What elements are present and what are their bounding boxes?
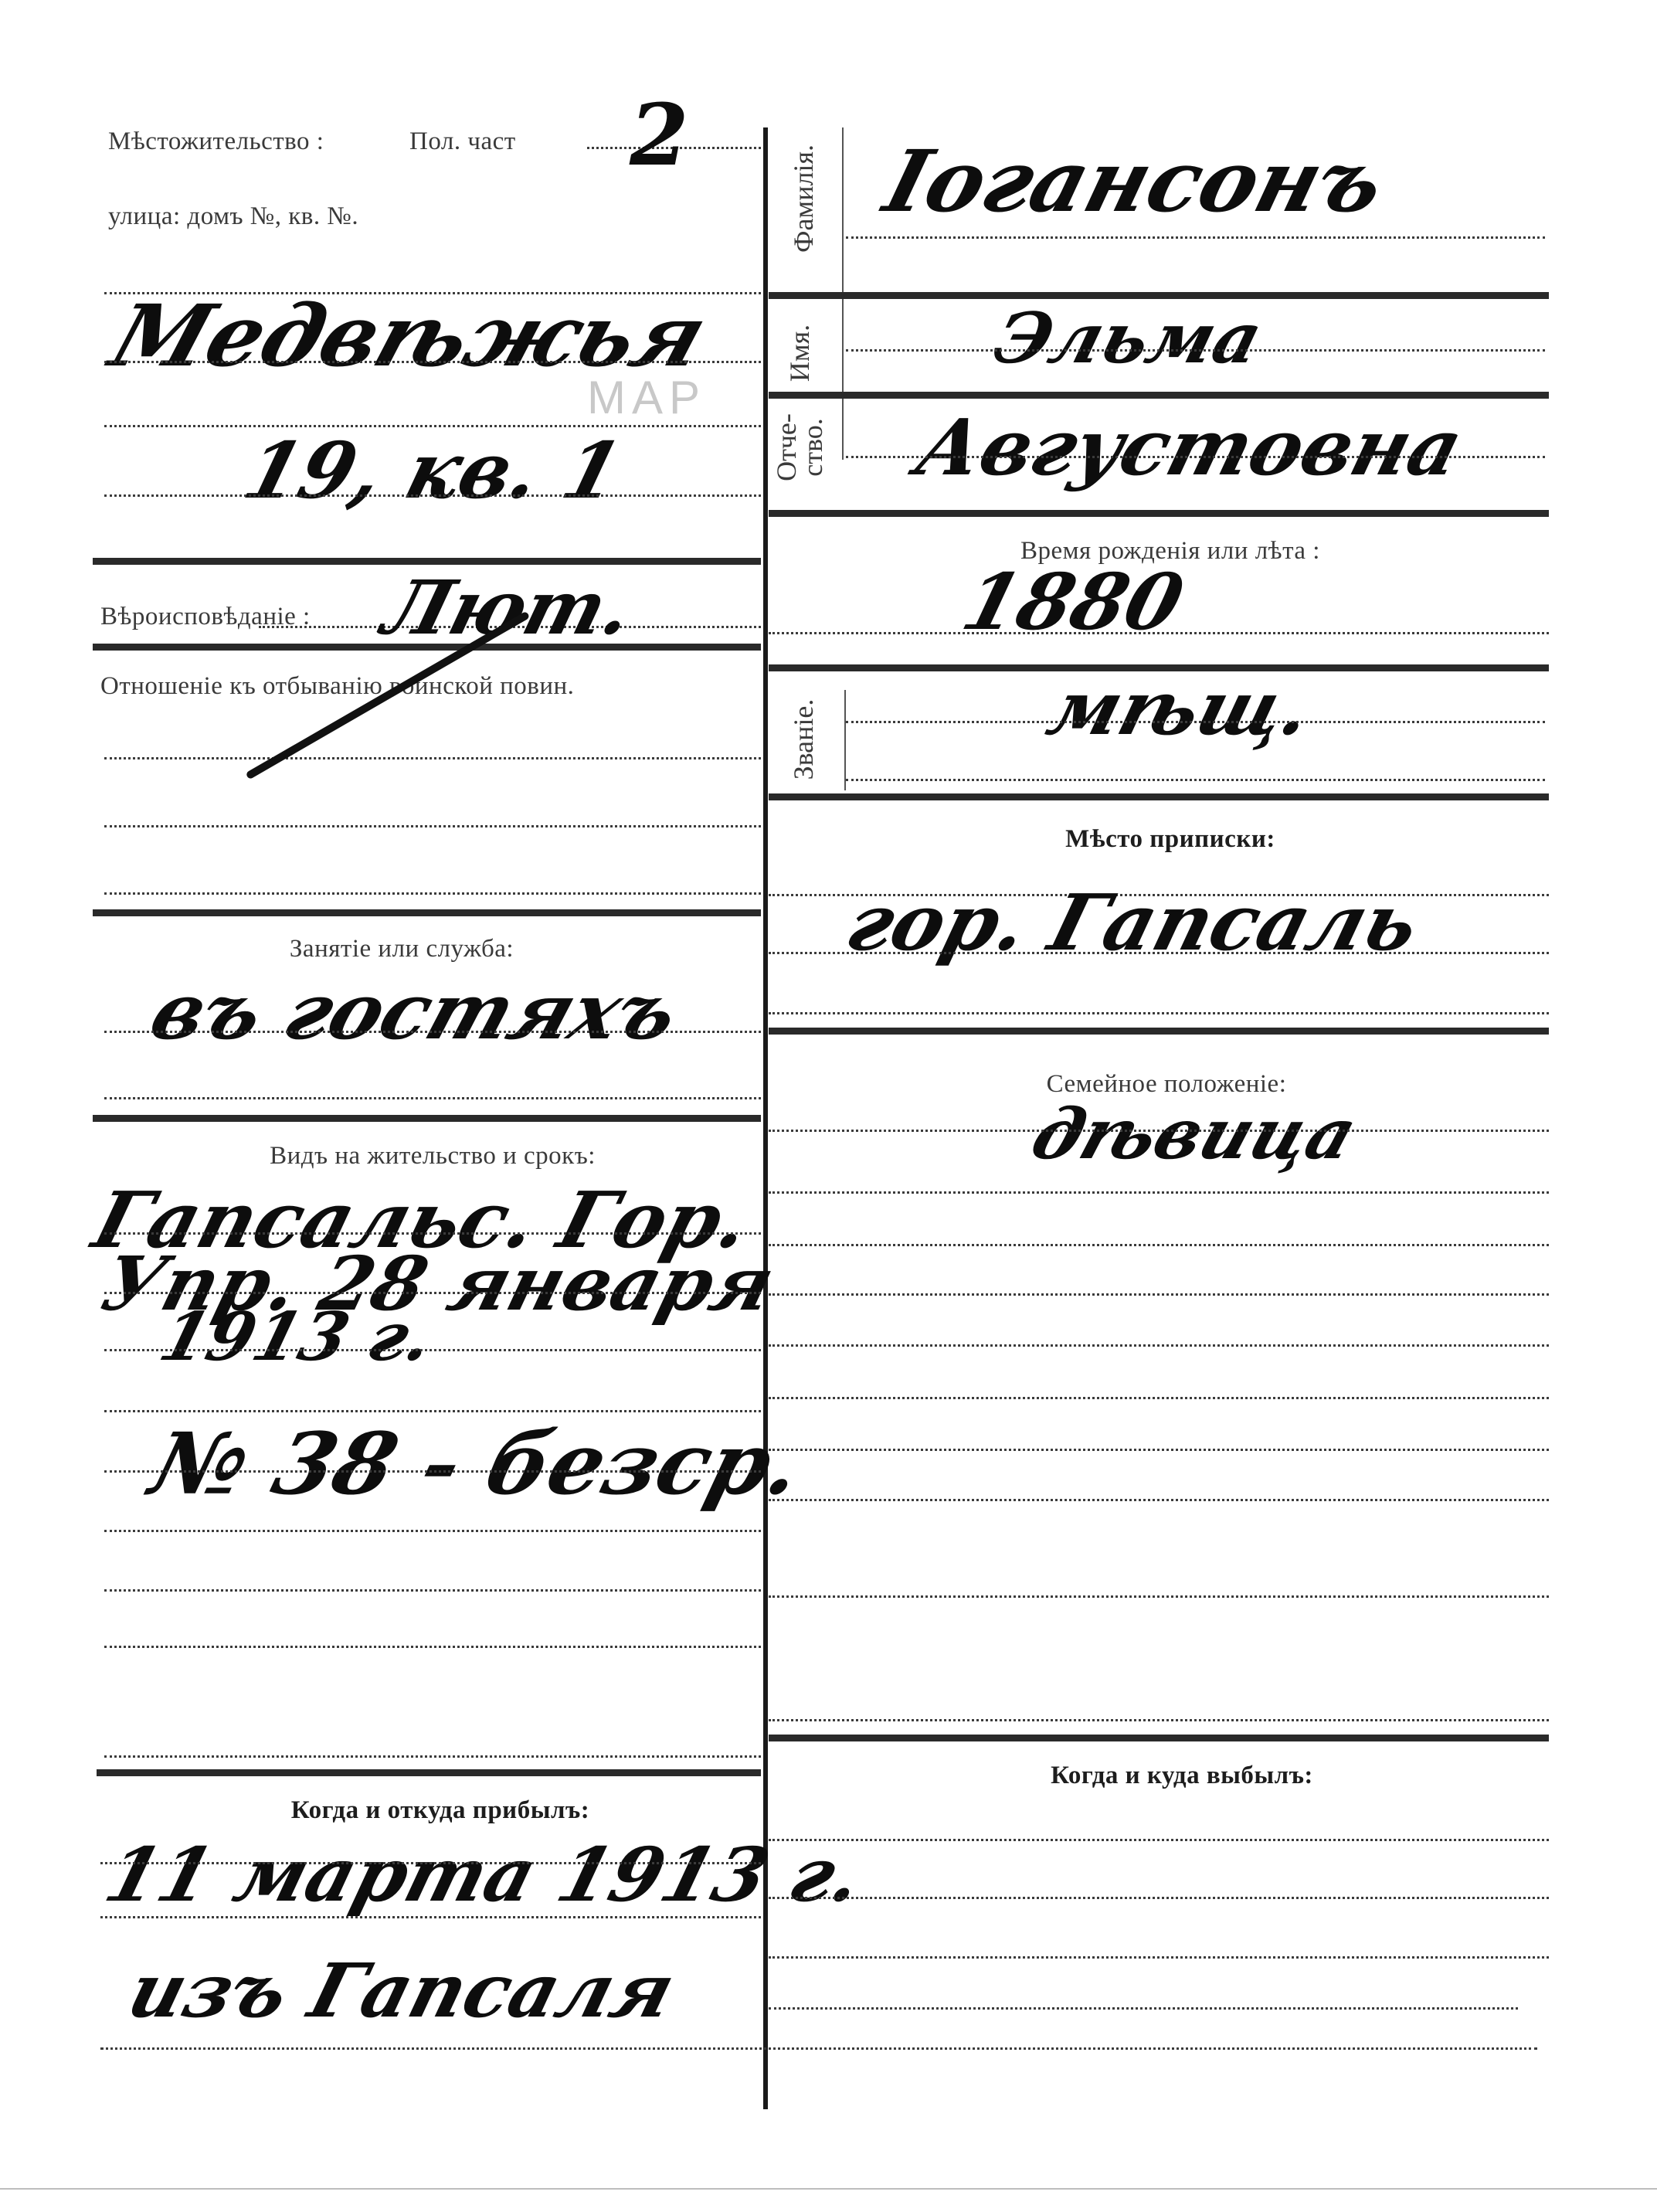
departure-line-4 — [769, 2007, 1518, 2010]
residence-label: Мѣстожительство : — [108, 127, 324, 156]
residence-line-4 — [104, 494, 761, 497]
permit-rule-4 — [104, 1410, 761, 1412]
military-line-1 — [104, 757, 761, 759]
residence-line-2 — [104, 361, 761, 363]
patronymic-line — [846, 456, 1545, 458]
marital-line-7 — [769, 1449, 1549, 1451]
arrival-rule-1 — [100, 1862, 761, 1864]
departure-line-1 — [769, 1839, 1549, 1841]
label-strip-divider — [844, 690, 846, 790]
paper-edge — [0, 2188, 1657, 2190]
departure-line-2 — [769, 1897, 1549, 1899]
surname-value: Іогансонъ — [875, 131, 1395, 231]
registration-place-value: гор. Гапсаль — [837, 877, 1429, 968]
permit-line-4: № 38 - безср. — [141, 1414, 813, 1514]
occupation-line-2 — [104, 1097, 761, 1099]
occupation-line-1 — [104, 1031, 761, 1033]
marital-status-value: дѣвица — [1022, 1093, 1367, 1175]
religion-value: Лют. — [375, 564, 642, 651]
permit-rule-2 — [104, 1292, 761, 1294]
permit-rule-7 — [104, 1589, 761, 1592]
patronymic-label: Отче- ство. — [773, 405, 826, 490]
arrival-label: Когда и откуда прибылъ: — [291, 1796, 589, 1825]
permit-rule-5 — [104, 1470, 761, 1473]
street-label: улица: домъ №, кв. №. — [108, 202, 358, 231]
patronymic-label-line-1: Отче- — [773, 405, 800, 490]
marital-line-2 — [769, 1191, 1549, 1194]
section-divider — [769, 1028, 1549, 1035]
permit-rule-9 — [104, 1755, 761, 1758]
marital-line-10 — [769, 1719, 1549, 1721]
residence-permit-label: Видъ на жительство и срокъ: — [270, 1142, 596, 1171]
surname-label: Фамилія. — [790, 137, 817, 260]
first-name-line — [846, 349, 1545, 352]
first-name-value: Эльма — [986, 297, 1271, 379]
departure-line-3 — [769, 1956, 1549, 1959]
marital-line-1 — [769, 1130, 1549, 1132]
marital-line-4 — [769, 1293, 1549, 1296]
police-district-value: 2 — [630, 85, 689, 185]
section-divider — [769, 1735, 1549, 1741]
section-divider — [93, 644, 761, 651]
section-divider — [769, 392, 1549, 399]
registration-place-label: Мѣсто приписки: — [1065, 825, 1275, 854]
rank-value: мѣщ. — [1039, 664, 1321, 752]
marital-line-3 — [769, 1244, 1549, 1246]
first-name-label: Имя. — [786, 307, 813, 399]
section-divider — [93, 1115, 761, 1122]
patronymic-value: Августовна — [907, 402, 1472, 493]
police-district-label: Пол. част — [409, 127, 516, 156]
occupation-label: Занятіе или служба: — [290, 935, 514, 963]
occupation-value: въ гостяхъ — [140, 966, 691, 1057]
permit-line-3: 1913 г. — [151, 1298, 441, 1376]
arrival-rule-2 — [100, 1916, 761, 1918]
arrival-line-2: изъ Гапсаля — [120, 1947, 684, 2034]
marital-line-5 — [769, 1344, 1549, 1347]
rank-line-2 — [846, 779, 1545, 781]
marital-line-6 — [769, 1397, 1549, 1399]
house-value: 19, кв. 1 — [235, 425, 631, 516]
section-divider — [93, 909, 761, 916]
rank-line-1 — [846, 721, 1545, 723]
military-line-3 — [104, 892, 761, 895]
section-divider — [769, 510, 1549, 517]
permit-rule-3 — [104, 1349, 761, 1351]
registration-line-2 — [769, 952, 1549, 954]
arrival-rule-3 — [100, 2047, 1537, 2050]
registration-line-3 — [769, 1012, 1549, 1014]
date-stamp: МАР — [587, 371, 706, 424]
military-line-2 — [104, 825, 761, 827]
birth-line — [769, 632, 1549, 634]
rank-label: Званіе. — [790, 681, 817, 797]
section-divider — [97, 1769, 761, 1776]
surname-line — [846, 236, 1545, 239]
arrival-line-1: 11 марта 1913 г. — [97, 1831, 871, 1918]
permit-rule-8 — [104, 1646, 761, 1648]
patronymic-label-line-2: ство. — [800, 405, 826, 490]
departure-label: Когда и куда выбылъ: — [1051, 1762, 1313, 1790]
marital-line-8 — [769, 1499, 1549, 1501]
permit-rule-1 — [104, 1232, 761, 1235]
permit-rule-6 — [104, 1530, 761, 1532]
military-service-label: Отношеніе къ отбыванію воинской повин. — [100, 672, 574, 701]
marital-line-9 — [769, 1595, 1549, 1598]
center-divider — [763, 127, 768, 2109]
section-divider — [769, 793, 1549, 800]
